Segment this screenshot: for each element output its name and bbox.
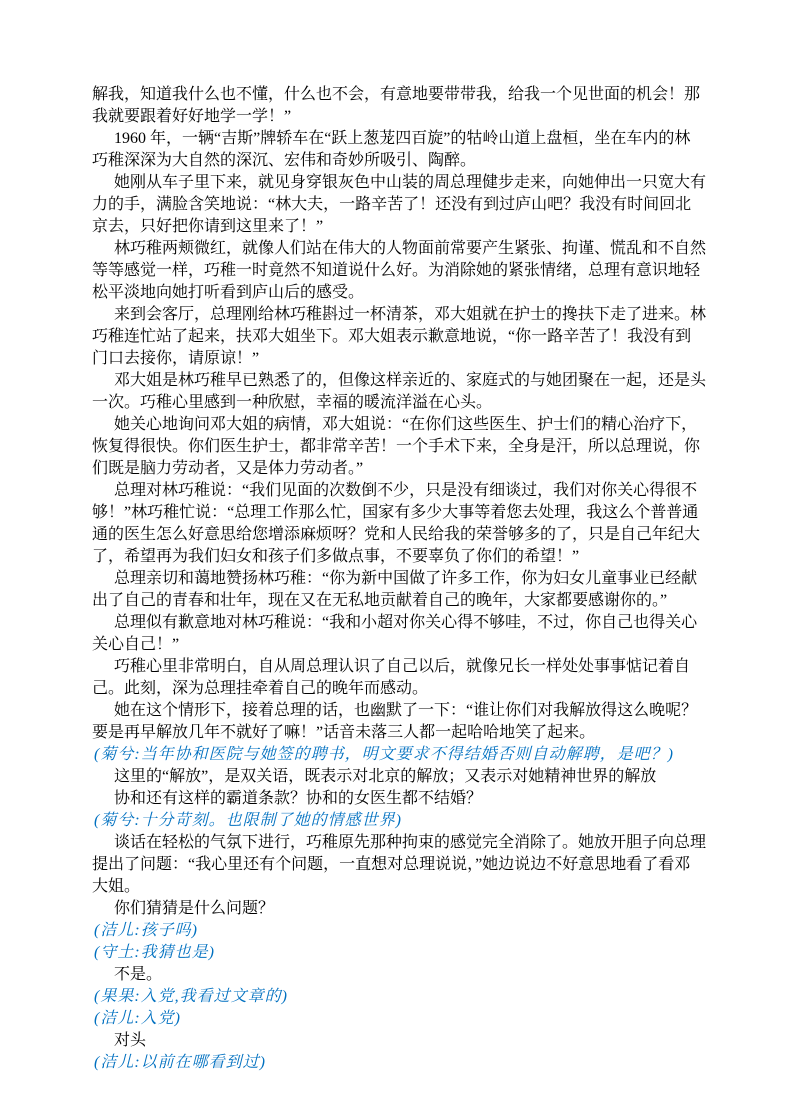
reader-comment: (守土:我猜也是): [92, 942, 706, 964]
document-text-body: 解我，知道我什么也不懂，什么也不会，有意地要带带我，给我一个见世面的机会！那我就…: [92, 84, 706, 1074]
lecturer-note: 不是。: [92, 964, 706, 986]
story-paragraph: 林巧稚两颊微红，就像人们站在伟大的人物面前常要产生紧张、拘谨、慌乱和不自然等等感…: [92, 238, 706, 304]
reader-comment: (菊兮:十分苛刻。也限制了她的情感世界): [92, 810, 706, 832]
reader-comment: (洁儿:以前在哪看到过): [92, 1052, 706, 1074]
lecturer-note: 协和还有这样的霸道条款？协和的女医生都不结婚？: [92, 788, 706, 810]
story-paragraph: 总理亲切和蔼地赞扬林巧稚：“你为新中国做了许多工作，你为妇女儿童事业已经献出了自…: [92, 568, 706, 612]
story-paragraph: 邓大姐是林巧稚早已熟悉了的，但像这样亲近的、家庭式的与她团聚在一起，还是头一次。…: [92, 370, 706, 414]
story-paragraph: 来到会客厅，总理刚给林巧稚斟过一杯清茶，邓大姐就在护士的搀扶下走了进来。林巧稚连…: [92, 304, 706, 370]
story-paragraph: 总理对林巧稚说：“我们见面的次数倒不少，只是没有细谈过，我们对你关心得很不够！”…: [92, 480, 706, 568]
lecturer-note: 对头: [92, 1030, 706, 1052]
lecturer-note: 这里的“解放”，是双关语，既表示对北京的解放；又表示对她精神世界的解放: [92, 766, 706, 788]
document-page: 解我，知道我什么也不懂，什么也不会，有意地要带带我，给我一个见世面的机会！那我就…: [0, 0, 800, 1100]
story-paragraph: 谈话在轻松的气氛下进行，巧稚原先那种拘束的感觉完全消除了。她放开胆子向总理提出了…: [92, 832, 706, 898]
reader-comment: (洁儿:入党): [92, 1008, 706, 1030]
story-paragraph: 1960 年，一辆“吉斯”牌轿车在“跃上葱茏四百旋”的牯岭山道上盘桓，坐在车内的…: [92, 128, 706, 172]
story-paragraph-continued: 解我，知道我什么也不懂，什么也不会，有意地要带带我，给我一个见世面的机会！那我就…: [92, 84, 706, 128]
story-paragraph: 她在这个情形下，接着总理的话，也幽默了一下：“谁让你们对我解放得这么晚呢？要是再…: [92, 700, 706, 744]
story-paragraph: 她刚从车子里下来，就见身穿银灰色中山装的周总理健步走来，向她伸出一只宽大有力的手…: [92, 172, 706, 238]
lecturer-note: 你们猜猜是什么问题？: [92, 898, 706, 920]
story-paragraph: 她关心地询问邓大姐的病情，邓大姐说：“在你们这些医生、护士们的精心治疗下，恢复得…: [92, 414, 706, 480]
story-paragraph: 总理似有歉意地对林巧稚说：“我和小超对你关心得不够哇，不过，你自己也得关心关心自…: [92, 612, 706, 656]
reader-comment: (菊兮:当年协和医院与她签的聘书，明文要求不得结婚否则自动解聘，是吧？): [92, 744, 706, 766]
reader-comment: (洁儿:孩子吗): [92, 920, 706, 942]
story-paragraph: 巧稚心里非常明白，自从周总理认识了自己以后，就像兄长一样处处事事惦记着自己。此刻…: [92, 656, 706, 700]
reader-comment: (果果:入党,我看过文章的): [92, 986, 706, 1008]
